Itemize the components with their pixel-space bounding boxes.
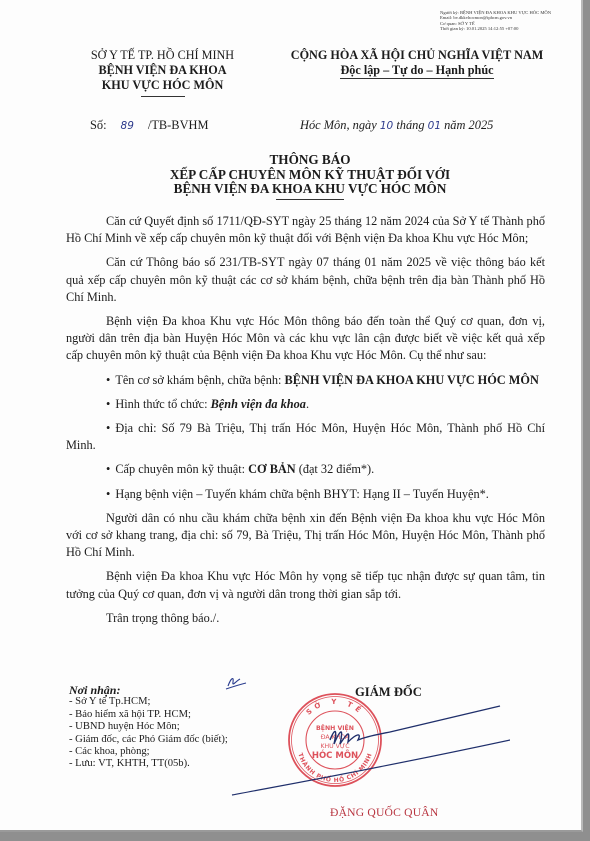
paragraph-legal-basis-1: Căn cứ Quyết định số 1711/QĐ-SYT ngày 25… [66,213,545,247]
title-line3: BỆNH VIỆN ĐA KHOA KHU VỰC HÓC MÔN [100,182,520,197]
bullet-label: Hình thức tổ chức: [115,397,210,411]
doc-number-handwritten: 89 [121,120,134,132]
bullet-icon: • [106,397,110,411]
parent-organization: SỞ Y TẾ TP. HỒ CHÍ MINH [60,48,265,63]
recipient-item: - UBND huyện Hóc Môn; [69,721,228,733]
date-month: 01 [428,120,441,132]
national-header: CỘNG HÒA XÃ HỘI CHỦ NGHĨA VIỆT NAM Độc l… [268,48,566,79]
title-line1: THÔNG BÁO [100,153,520,168]
bullet-label: Cấp chuyên môn kỹ thuật: [115,462,248,476]
bullet-value: Bệnh viện đa khoa [211,397,306,411]
document-page: Người ký: BỆNH VIỆN ĐA KHOA KHU VỰC HÓC … [0,0,583,832]
bullet-facility-name: •Tên cơ sở khám bệnh, chữa bệnh: BỆNH VI… [66,372,545,389]
doc-number-label: Số: [90,118,107,132]
bullet-value: BỆNH VIỆN ĐA KHOA KHU VỰC HÓC MÔN [285,373,539,387]
bullet-hospital-rank: •Hạng bệnh viện – Tuyến khám chữa bệnh B… [66,486,545,503]
date-day: 10 [380,120,393,132]
recipient-item: - Giám đốc, các Phó Giám đốc (biết); [69,734,228,746]
bullet-rest: . [306,397,309,411]
closing-phrase: Trân trọng thông báo./. [66,610,545,627]
bullet-address: •Địa chỉ: Số 79 Bà Triệu, Thị trấn Hóc M… [66,420,545,454]
paragraph-invitation: Người dân có nhu cầu khám chữa bệnh xin … [66,510,545,562]
date-prefix: Hóc Môn, ngày [300,118,380,132]
header-divider [141,96,185,97]
bullet-label: Hạng bệnh viện – Tuyến khám chữa bệnh BH… [115,487,489,501]
doc-number-suffix: /TB-BVHM [148,118,209,132]
recipients-title: Nơi nhận: [69,684,228,696]
bullet-icon: • [106,373,110,387]
organization-name-line2: KHU VỰC HÓC MÔN [60,78,265,93]
handwritten-signature-icon [230,700,510,800]
bullet-organization-form: •Hình thức tổ chức: Bệnh viện đa khoa. [66,396,545,413]
bullet-label: Địa chỉ: Số 79 Bà Triệu, Thị trấn Hóc Mô… [66,421,545,452]
issuing-organization: SỞ Y TẾ TP. HỒ CHÍ MINH BỆNH VIỆN ĐA KHO… [60,48,265,97]
organization-name-line1: BỆNH VIỆN ĐA KHOA [60,63,265,78]
bullet-value: CƠ BẢN [248,462,295,476]
nation-name: CỘNG HÒA XÃ HỘI CHỦ NGHĨA VIỆT NAM [268,48,566,63]
title-underline [276,199,344,200]
document-date: Hóc Môn, ngày 10 tháng 01 năm 2025 [300,118,493,133]
bullet-icon: • [106,421,110,435]
recipient-item: - Sở Y tế Tp.HCM; [69,696,228,708]
recipient-item: - Các khoa, phòng; [69,746,228,758]
recipient-item: - Bảo hiểm xã hội TP. HCM; [69,709,228,721]
bullet-icon: • [106,487,110,501]
date-year: năm 2025 [441,118,493,132]
bullet-label: Tên cơ sở khám bệnh, chữa bệnh: [115,373,284,387]
paragraph-legal-basis-2: Căn cứ Thông báo số 231/TB-SYT ngày 07 t… [66,254,545,306]
signer-name: ĐẶNG QUỐC QUÂN [330,806,438,819]
title-line2: XẾP CẤP CHUYÊN MÔN KỸ THUẬT ĐỐI VỚI [100,168,520,183]
recipients-block: Nơi nhận: - Sở Y tế Tp.HCM; - Bảo hiểm x… [69,684,228,771]
national-motto: Độc lập – Tự do – Hạnh phúc [340,63,493,79]
document-body: Căn cứ Quyết định số 1711/QĐ-SYT ngày 25… [66,213,545,634]
document-title: THÔNG BÁO XẾP CẤP CHUYÊN MÔN KỸ THUẬT ĐỐ… [100,153,520,200]
date-month-label: tháng [393,118,427,132]
recipient-item: - Lưu: VT, KHTH, TT(05b). [69,758,228,770]
paragraph-announcement: Bệnh viện Đa khoa Khu vực Hóc Môn thông … [66,313,545,365]
bullet-technical-level: •Cấp chuyên môn kỹ thuật: CƠ BẢN (đạt 32… [66,461,545,478]
signature-time: Thời gian ký: 10.01.2025 14:12:55 +07:00 [440,26,551,31]
document-number: Số:89/TB-BVHM [90,118,209,133]
digital-signature-info: Người ký: BỆNH VIỆN ĐA KHOA KHU VỰC HÓC … [440,10,551,32]
bullet-icon: • [106,462,110,476]
bullet-rest: (đạt 32 điểm*). [296,462,375,476]
paragraph-hope: Bệnh viện Đa khoa Khu vực Hóc Môn hy vọn… [66,568,545,602]
